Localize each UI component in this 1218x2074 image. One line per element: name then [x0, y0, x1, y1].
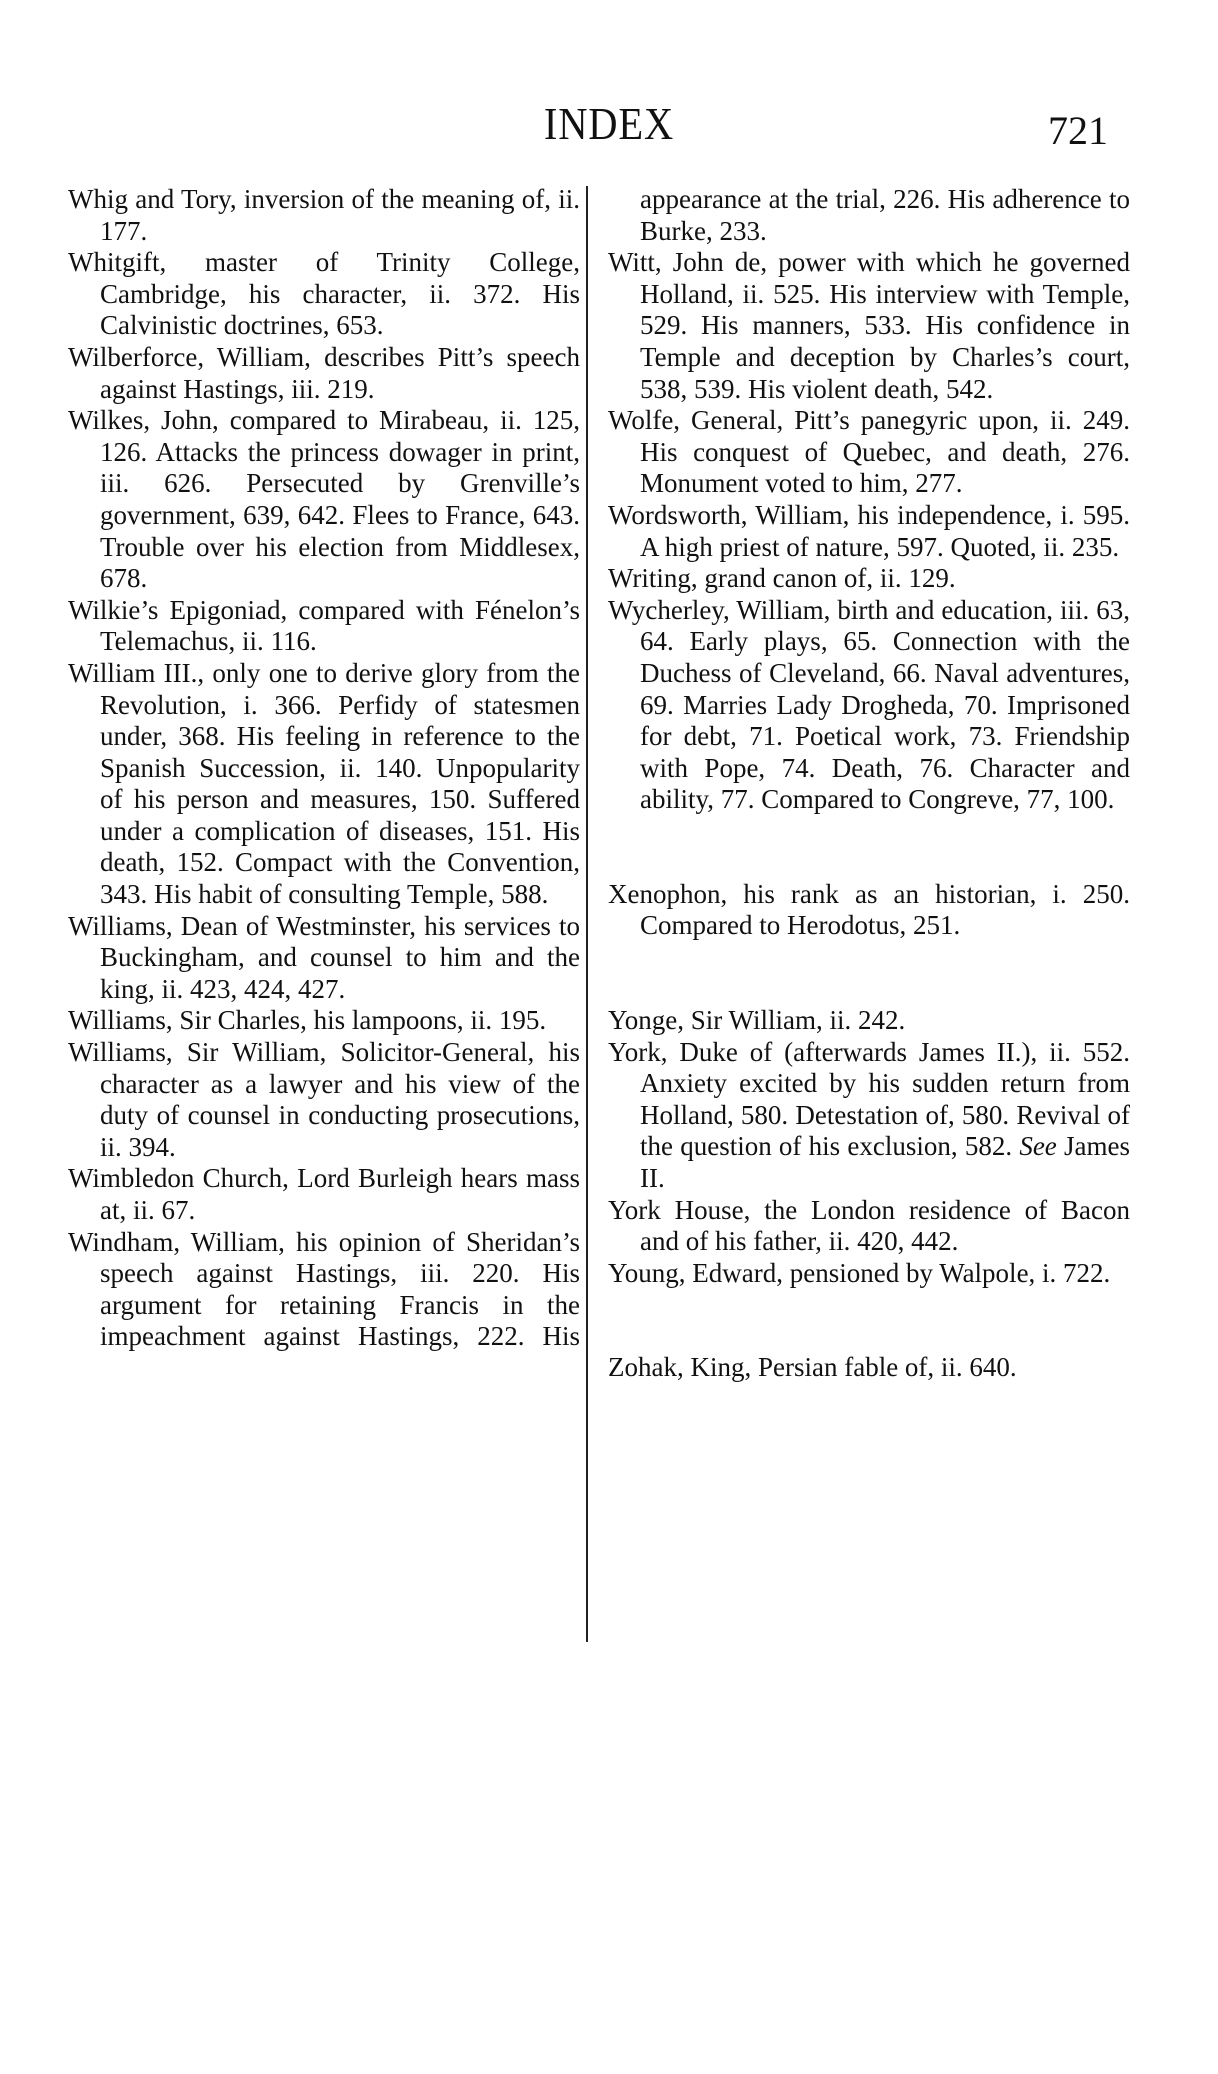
index-entry: Williams, Dean of Westminster, his servi… — [68, 911, 580, 1006]
running-title: INDEX — [73, 96, 1145, 152]
entry-heading: York House, — [608, 1195, 750, 1225]
index-entry: Yonge, Sir William, ii. 242. — [608, 1005, 1130, 1037]
entry-heading: Wycherley, William, — [608, 595, 830, 625]
entry-heading: Xenophon, — [608, 879, 727, 909]
index-entry: Zohak, King, Persian fable of, ii. 640. — [608, 1352, 1130, 1384]
index-entry: Wordsworth, William, his independence, i… — [608, 500, 1130, 563]
entry-heading: Williams, Dean of Westminster, — [68, 911, 416, 941]
entry-heading: Williams, Sir Charles, — [68, 1005, 307, 1035]
entry-heading: Zohak, King, — [608, 1352, 751, 1382]
letter-section-gap — [608, 942, 1130, 1005]
entry-heading: York, Duke of — [608, 1037, 772, 1067]
page-number: 721 — [1048, 106, 1108, 156]
entry-text: appearance at the trial, 226. His adhere… — [640, 184, 1130, 246]
index-entry: Whig and Tory, inversion of the meaning … — [68, 184, 580, 247]
index-column-right: appearance at the trial, 226. His adhere… — [608, 184, 1130, 1384]
index-entry: York House, the London residence of Baco… — [608, 1195, 1130, 1258]
index-entry-continuation: appearance at the trial, 226. His adhere… — [608, 184, 1130, 247]
letter-section-gap — [608, 1289, 1130, 1352]
index-entry: Wilkie’s Epigoniad, compared with Fénelo… — [68, 595, 580, 658]
entry-heading: Wordsworth, William, — [608, 500, 849, 530]
index-entry: Whitgift, master of Trinity College, Cam… — [68, 247, 580, 342]
entry-heading: Whig and Tory, — [68, 184, 237, 214]
entry-heading: Young, Edward, — [608, 1258, 783, 1288]
entry-heading: Wilberforce, William, — [68, 342, 311, 372]
entry-heading: Whitgift, — [68, 247, 166, 277]
index-column-left: Whig and Tory, inversion of the meaning … — [68, 184, 580, 1353]
index-entry: Wimbledon Church, Lord Burleigh hears ma… — [68, 1163, 580, 1226]
column-divider — [586, 186, 588, 1642]
entry-heading: Writing, — [608, 563, 698, 593]
entry-text: master of Trinity College, Cambridge, hi… — [100, 247, 580, 340]
entry-heading: Wimbledon Church, — [68, 1163, 289, 1193]
index-entry: Xenophon, his rank as an historian, i. 2… — [608, 879, 1130, 942]
entry-text: his lampoons, ii. 195. — [307, 1005, 546, 1035]
page-header: INDEX 721 — [0, 96, 1218, 156]
entry-heading: Wilkie’s Epigoniad, — [68, 595, 287, 625]
entry-heading: Windham, William, — [68, 1227, 285, 1257]
index-entry: Williams, Sir William, Solicitor-General… — [68, 1037, 580, 1163]
letter-section-gap — [608, 816, 1130, 879]
entry-text: birth and education, iii. 63, 64. Early … — [640, 595, 1130, 815]
entry-heading: Wilkes, John, — [68, 405, 219, 435]
entry-text: ii. 242. — [823, 1005, 906, 1035]
index-entry: Wycherley, William, birth and education,… — [608, 595, 1130, 816]
index-entry: Writing, grand canon of, ii. 129. — [608, 563, 1130, 595]
index-entry: William III., only one to derive glory f… — [68, 658, 580, 911]
index-entry: Wilkes, John, compared to Mirabeau, ii. … — [68, 405, 580, 595]
entry-heading: Yonge, Sir William, — [608, 1005, 823, 1035]
see-reference: See — [1019, 1131, 1056, 1161]
entry-heading: Witt, John de, — [608, 247, 767, 277]
entry-heading: William III., — [68, 658, 204, 688]
entry-text: grand canon of, ii. 129. — [698, 563, 956, 593]
index-entry: Wolfe, General, Pitt’s panegyric upon, i… — [608, 405, 1130, 500]
entry-text: only one to derive glory from the Revolu… — [100, 658, 580, 909]
index-entry: Young, Edward, pensioned by Walpole, i. … — [608, 1258, 1130, 1290]
entry-text: pensioned by Walpole, i. 722. — [783, 1258, 1110, 1288]
index-entry: Williams, Sir Charles, his lampoons, ii.… — [68, 1005, 580, 1037]
entry-text: Persian fable of, ii. 640. — [751, 1352, 1016, 1382]
entry-heading: Wolfe, General, — [608, 405, 783, 435]
index-entry: Windham, William, his opinion of Sherida… — [68, 1227, 580, 1353]
entry-heading: Williams, Sir William, — [68, 1037, 326, 1067]
index-entry: Wilberforce, William, describes Pitt’s s… — [68, 342, 580, 405]
index-entry: Witt, John de, power with which he gover… — [608, 247, 1130, 405]
index-entry: York, Duke of (afterwards James II.), ii… — [608, 1037, 1130, 1195]
